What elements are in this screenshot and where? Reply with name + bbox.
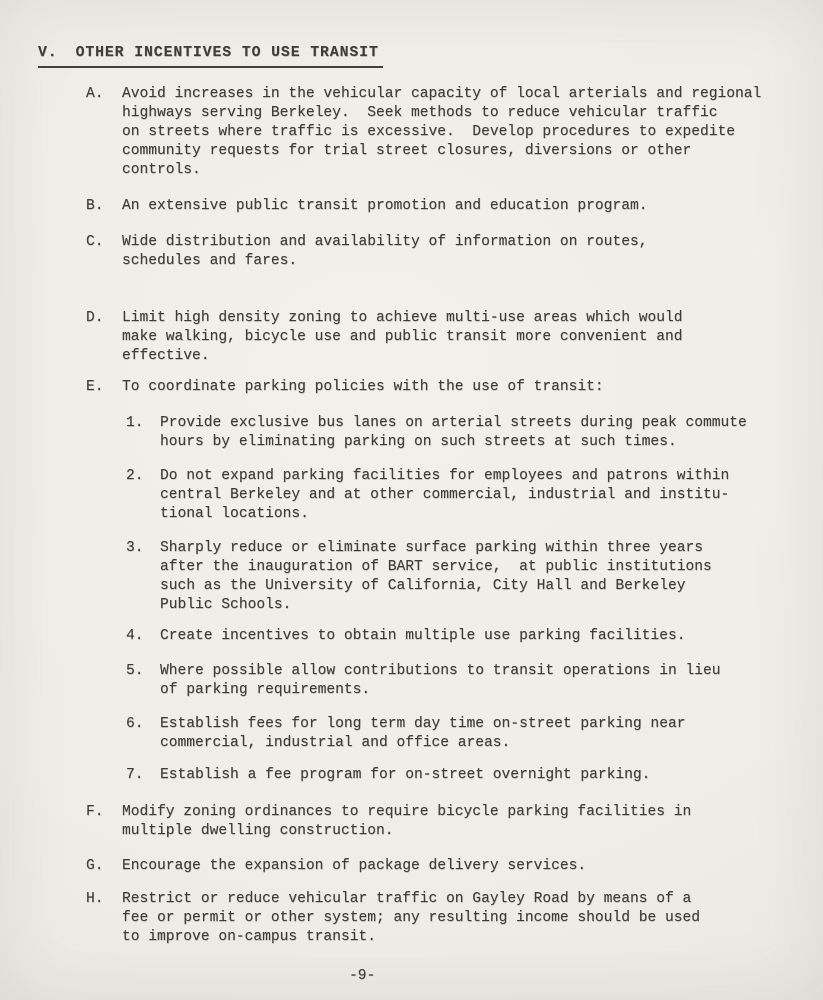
subitem-label: 1. xyxy=(126,414,160,452)
item-label: E. xyxy=(86,378,122,397)
item-text: To coordinate parking policies with the … xyxy=(122,378,604,397)
outline-item-h: H. Restrict or reduce vehicular traffic … xyxy=(86,890,823,947)
subitem-label: 2. xyxy=(126,467,160,524)
subitem-text: Sharply reduce or eliminate surface park… xyxy=(160,539,712,615)
item-label: G. xyxy=(86,857,122,876)
section-title: OTHER INCENTIVES TO USE TRANSIT xyxy=(76,45,379,61)
subitem-label: 5. xyxy=(126,662,160,700)
outline-item-d: D. Limit high density zoning to achieve … xyxy=(86,309,823,366)
item-text: An extensive public transit promotion an… xyxy=(122,197,647,216)
outline-item-e-subitems: 1. Provide exclusive bus lanes on arteri… xyxy=(38,414,823,785)
outline-subitem-1: 1. Provide exclusive bus lanes on arteri… xyxy=(126,414,823,452)
item-label: C. xyxy=(86,233,122,271)
outline-item-e: E. To coordinate parking policies with t… xyxy=(86,378,823,397)
subitem-label: 7. xyxy=(126,766,160,785)
item-label: F. xyxy=(86,803,122,841)
section-numeral: V. xyxy=(38,45,58,61)
outline-subitem-6: 6. Establish fees for long term day time… xyxy=(126,715,823,753)
document-page: V.OTHER INCENTIVES TO USE TRANSIT A. Avo… xyxy=(0,0,823,1000)
section-heading: V.OTHER INCENTIVES TO USE TRANSIT xyxy=(38,44,823,68)
outline-item-c: C. Wide distribution and availability of… xyxy=(86,233,823,271)
item-text: Wide distribution and availability of in… xyxy=(122,233,647,271)
subitem-label: 4. xyxy=(126,627,160,646)
outline-item-a: A. Avoid increases in the vehicular capa… xyxy=(86,85,823,180)
item-text: Avoid increases in the vehicular capacit… xyxy=(122,85,761,180)
subitem-label: 3. xyxy=(126,539,160,615)
subitem-text: Do not expand parking facilities for emp… xyxy=(160,467,729,524)
outline-item-g: G. Encourage the expansion of package de… xyxy=(86,857,823,876)
subitem-text: Establish fees for long term day time on… xyxy=(160,715,685,753)
outline-item-f: F. Modify zoning ordinances to require b… xyxy=(86,803,823,841)
item-label: A. xyxy=(86,85,122,180)
outline-item-b: B. An extensive public transit promotion… xyxy=(86,197,823,216)
subitem-text: Where possible allow contributions to tr… xyxy=(160,662,721,700)
outline-subitem-5: 5. Where possible allow contributions to… xyxy=(126,662,823,700)
item-text: Restrict or reduce vehicular traffic on … xyxy=(122,890,700,947)
outline-subitem-4: 4. Create incentives to obtain multiple … xyxy=(126,627,823,646)
section-heading-underline: V.OTHER INCENTIVES TO USE TRANSIT xyxy=(38,44,383,68)
subitem-text: Establish a fee program for on-street ov… xyxy=(160,766,650,785)
item-text: Encourage the expansion of package deliv… xyxy=(122,857,586,876)
item-label: B. xyxy=(86,197,122,216)
outline-subitem-3: 3. Sharply reduce or eliminate surface p… xyxy=(126,539,823,615)
outline-subitem-2: 2. Do not expand parking facilities for … xyxy=(126,467,823,524)
item-label: D. xyxy=(86,309,122,366)
page-number: -9- xyxy=(349,967,375,986)
subitem-label: 6. xyxy=(126,715,160,753)
subitem-text: Provide exclusive bus lanes on arterial … xyxy=(160,414,747,452)
item-text: Modify zoning ordinances to require bicy… xyxy=(122,803,691,841)
subitem-text: Create incentives to obtain multiple use… xyxy=(160,627,685,646)
item-text: Limit high density zoning to achieve mul… xyxy=(122,309,683,366)
item-label: H. xyxy=(86,890,122,947)
outline-subitem-7: 7. Establish a fee program for on-street… xyxy=(126,766,823,785)
